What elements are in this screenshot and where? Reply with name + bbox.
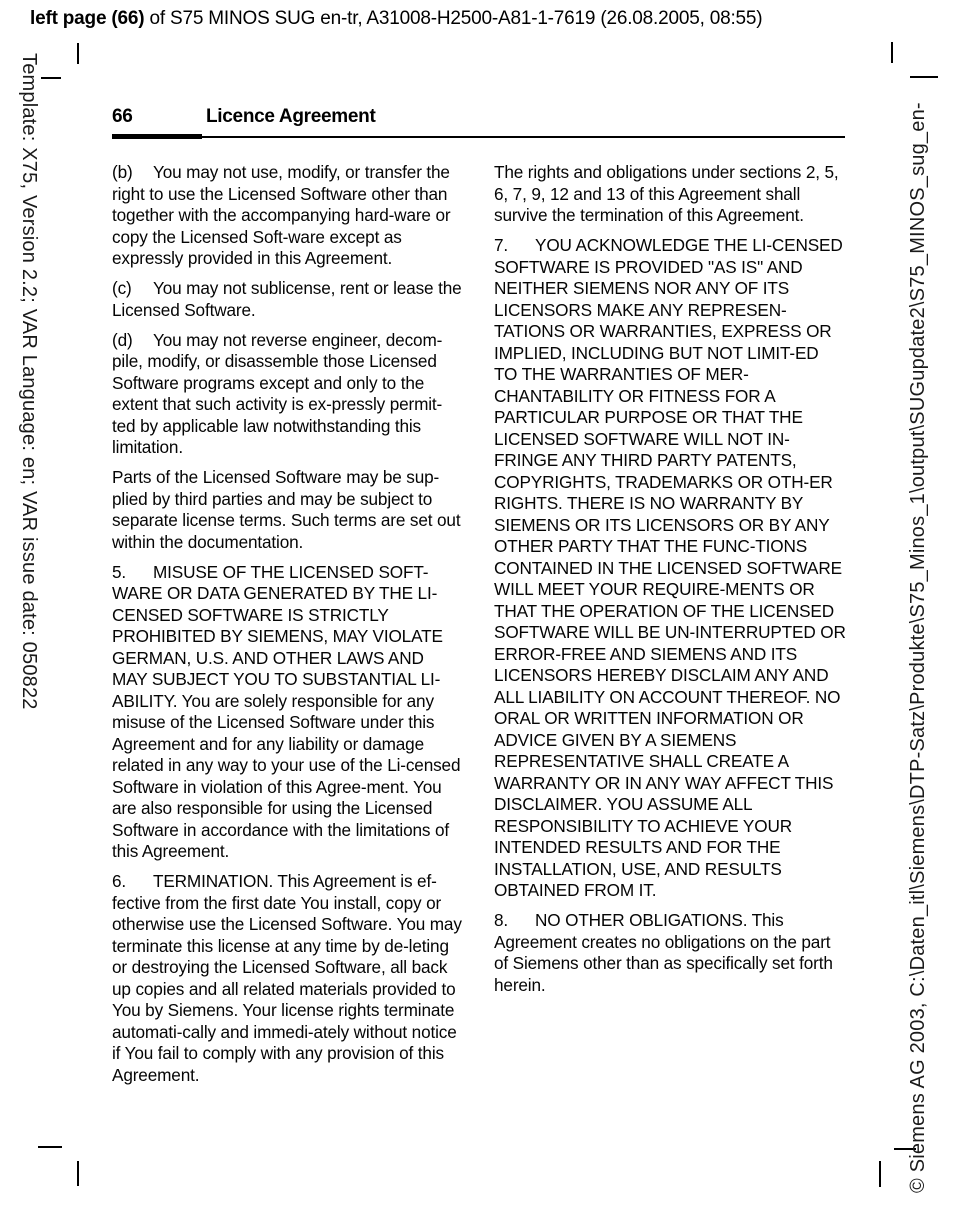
header-rule-thin xyxy=(202,136,845,138)
copyright-filepath-sidebar-text: © Siemens AG 2003, C:\Daten_itl\Siemens\… xyxy=(907,102,930,1193)
dtp-status-line: left page (66) of S75 MINOS SUG en-tr, A… xyxy=(30,8,762,30)
crop-mark-top-right-horizontal xyxy=(910,76,938,78)
paragraph-marker: 7. xyxy=(494,235,535,257)
license-paragraph: (d)You may not reverse engineer, decom-p… xyxy=(112,330,462,459)
template-version-sidebar-text: Template: X75, Version 2.2; VAR Language… xyxy=(17,53,40,710)
license-paragraph: Parts of the Licensed Software may be su… xyxy=(112,467,462,553)
crop-mark-bottom-left-vertical xyxy=(77,1161,79,1186)
paragraph-marker: (b) xyxy=(112,162,153,184)
paragraph-marker: 5. xyxy=(112,562,153,584)
dtp-status-details: of S75 MINOS SUG en-tr, A31008-H2500-A81… xyxy=(144,8,762,29)
crop-mark-top-right-vertical xyxy=(891,42,893,63)
left-text-column: (b)You may not use, modify, or transfer … xyxy=(112,162,462,1095)
crop-mark-top-left-horizontal xyxy=(41,77,61,79)
license-paragraph: 5.MISUSE OF THE LICENSED SOFT-WARE OR DA… xyxy=(112,562,462,863)
header-rule-thick xyxy=(112,134,202,139)
dtp-status-page-label: left page (66) xyxy=(30,8,144,29)
paragraph-marker: 6. xyxy=(112,871,153,893)
page-number: 66 xyxy=(112,106,133,128)
right-text-column: The rights and obligations under section… xyxy=(494,162,846,1005)
crop-mark-bottom-right-vertical xyxy=(879,1161,881,1187)
license-paragraph: (c)You may not sublicense, rent or lease… xyxy=(112,278,462,321)
license-paragraph: (b)You may not use, modify, or transfer … xyxy=(112,162,462,270)
license-paragraph: 6.TERMINATION. This Agreement is ef-fect… xyxy=(112,871,462,1086)
manual-page: left page (66) of S75 MINOS SUG en-tr, A… xyxy=(0,0,954,1224)
page-title: Licence Agreement xyxy=(206,106,375,128)
paragraph-marker: 8. xyxy=(494,910,535,932)
paragraph-marker: (d) xyxy=(112,330,153,352)
paragraph-marker: (c) xyxy=(112,278,153,300)
license-paragraph: The rights and obligations under section… xyxy=(494,162,846,227)
crop-mark-top-left-vertical xyxy=(77,43,79,64)
license-paragraph: 8.NO OTHER OBLIGATIONS. This Agreement c… xyxy=(494,910,846,996)
license-paragraph: 7.YOU ACKNOWLEDGE THE LI-CENSED SOFTWARE… xyxy=(494,235,846,902)
crop-mark-bottom-left-horizontal xyxy=(38,1146,62,1148)
